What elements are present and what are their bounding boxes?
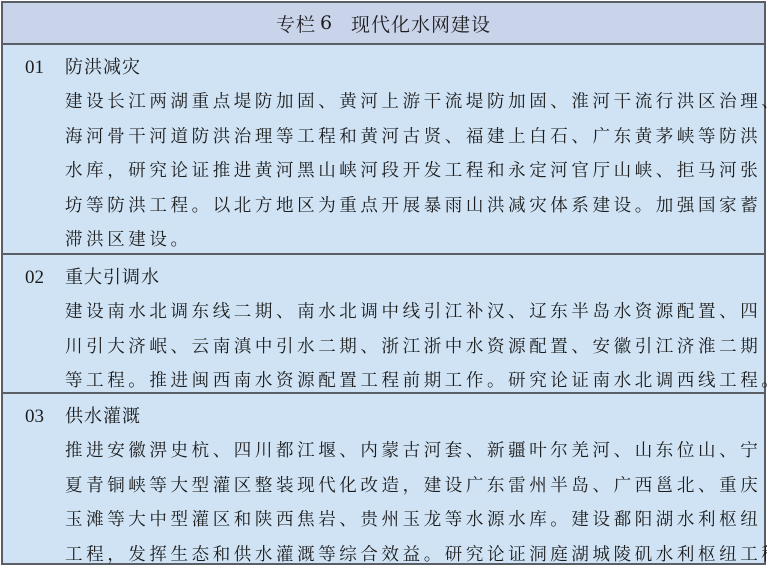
text-line: 工程，发挥生态和供水灌溉等综合效益。研究论证洞庭湖城陵矶水利枢纽工程。	[65, 538, 757, 566]
section-number: 02	[25, 267, 65, 289]
feature-box-label: 专栏	[276, 10, 316, 37]
section-number: 01	[25, 57, 65, 79]
section-water-diversion: 02 重大引调水 建设南水北调东线二期、南水北调中线引江补汉、辽东半岛水资源配置…	[3, 255, 764, 394]
text-line: 建设长江两湖重点堤防加固、黄河上游干流堤防加固、淮河干流行洪区治理、	[65, 85, 757, 120]
feature-box: 专栏 6 现代化水网建设 01 防洪减灾 建设长江两湖重点堤防加固、黄河上游干流…	[1, 1, 766, 565]
section-body: 建设长江两湖重点堤防加固、黄河上游干流堤防加固、淮河干流行洪区治理、 海河骨干河…	[65, 85, 757, 258]
section-body: 建设南水北调东线二期、南水北调中线引江补汉、辽东半岛水资源配置、四 川引大济岷、…	[65, 295, 757, 399]
text-line: 推进安徽淠史杭、四川都江堰、内蒙古河套、新疆叶尔羌河、山东位山、宁	[65, 434, 757, 469]
section-title: 重大引调水	[65, 263, 160, 289]
feature-box-number: 6	[320, 12, 333, 34]
text-line: 滞洪区建设。	[65, 223, 757, 258]
text-line: 建设南水北调东线二期、南水北调中线引江补汉、辽东半岛水资源配置、四	[65, 295, 757, 330]
text-line: 川引大济岷、云南滇中引水二期、浙江浙中水资源配置、安徽引江济淮二期	[65, 330, 757, 365]
section-heading: 01 防洪减灾	[25, 53, 141, 79]
section-heading: 02 重大引调水	[25, 263, 160, 289]
text-line: 夏青铜峡等大型灌区整装现代化改造，建设广东雷州半岛、广西邕北、重庆	[65, 469, 757, 504]
feature-box-title: 现代化水网建设	[351, 10, 491, 37]
section-body: 推进安徽淠史杭、四川都江堰、内蒙古河套、新疆叶尔羌河、山东位山、宁 夏青铜峡等大…	[65, 434, 757, 565]
text-line: 水库，研究论证推进黄河黑山峡河段开发工程和永定河官厅山峡、拒马河张	[65, 154, 757, 189]
text-line: 海河骨干河道防洪治理等工程和黄河古贤、福建上白石、广东黄茅峡等防洪	[65, 120, 757, 155]
section-flood-control: 01 防洪减灾 建设长江两湖重点堤防加固、黄河上游干流堤防加固、淮河干流行洪区治…	[3, 45, 764, 255]
section-number: 03	[25, 406, 65, 428]
section-water-supply-irrigation: 03 供水灌溉 推进安徽淠史杭、四川都江堰、内蒙古河套、新疆叶尔羌河、山东位山、…	[3, 394, 764, 563]
text-line: 玉滩等大中型灌区和陕西焦岩、贵州玉龙等水源水库。建设鄱阳湖水利枢纽	[65, 503, 757, 538]
feature-box-header: 专栏 6 现代化水网建设	[3, 3, 764, 45]
section-heading: 03 供水灌溉	[25, 402, 141, 428]
section-title: 供水灌溉	[65, 402, 141, 428]
section-title: 防洪减灾	[65, 53, 141, 79]
text-line: 坊等防洪工程。以北方地区为重点开展暴雨山洪减灾体系建设。加强国家蓄	[65, 189, 757, 224]
